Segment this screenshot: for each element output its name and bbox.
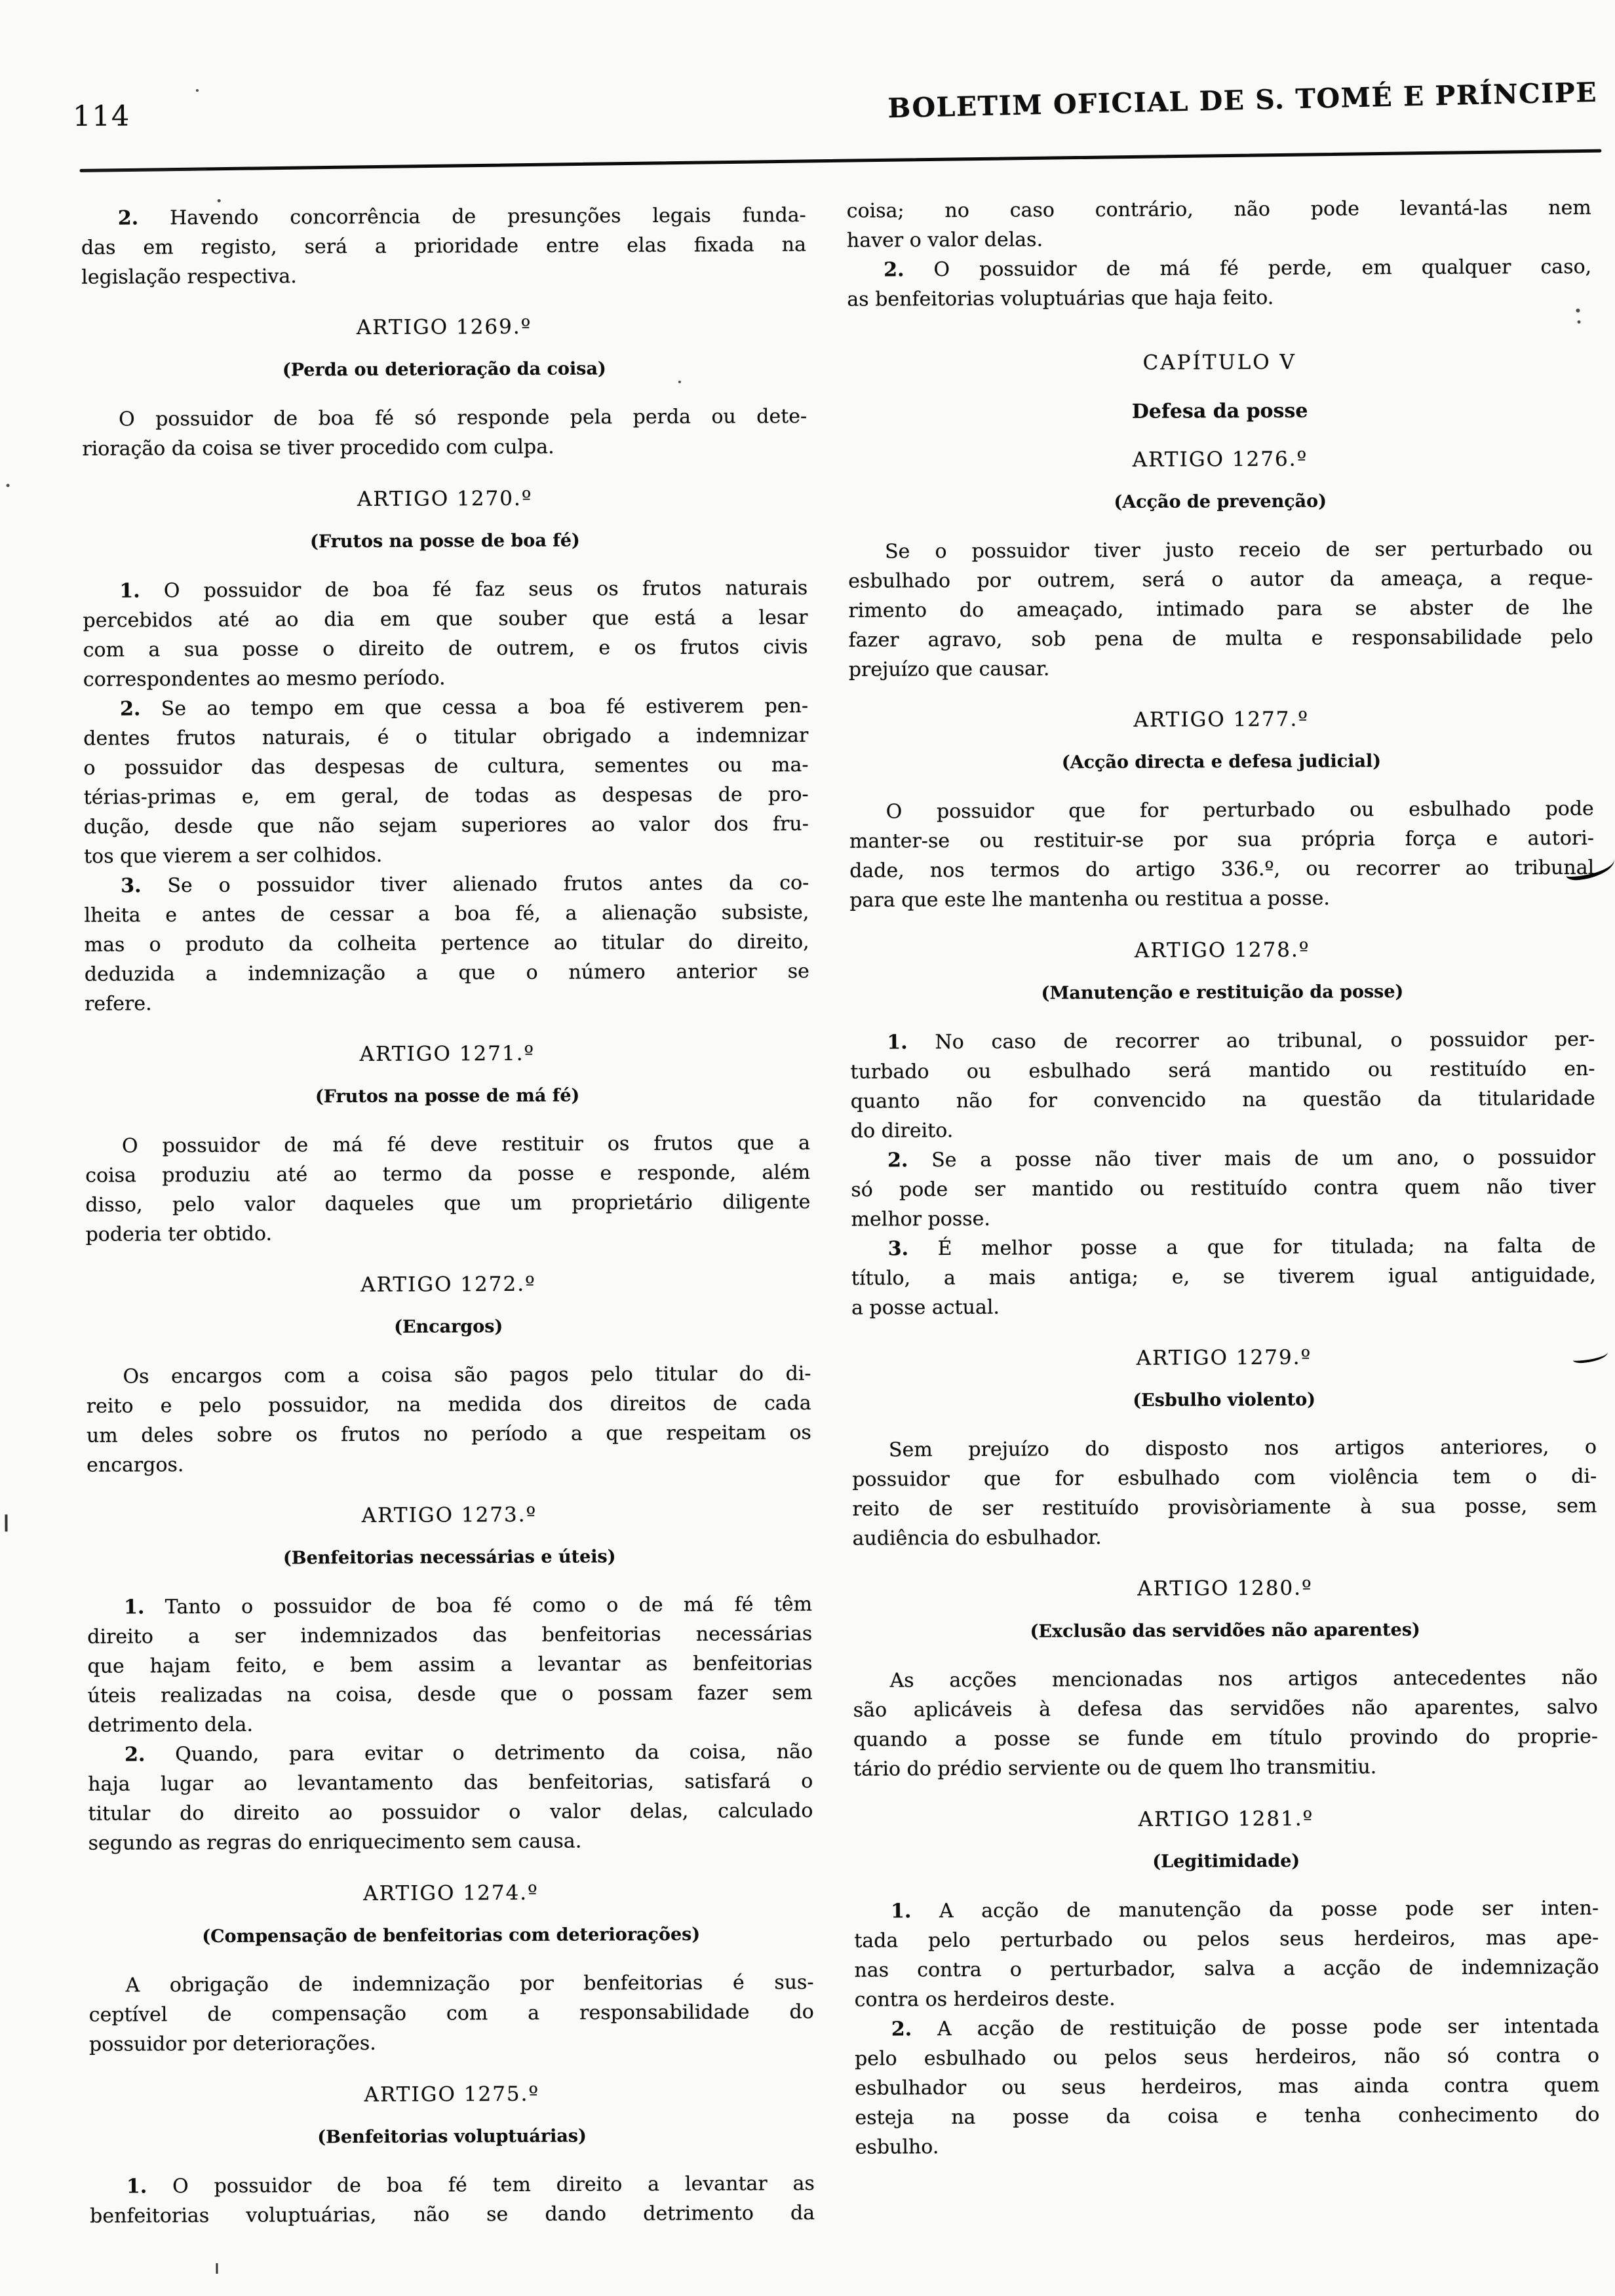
paragraph: Os encargos com a coisa são pagos pelo t… [86,1359,811,1480]
text-line: para que este lhe mantenha ou restitua a… [849,883,1594,915]
paragraph: Se o possuidor tiver justo receio de ser… [848,534,1593,685]
text-line: detrimento dela. [88,1708,813,1740]
artigo-heading: ARTIGO 1279.º [851,1345,1596,1371]
artigo-heading: ARTIGO 1270.º [83,486,807,512]
text-line: possuidor que for esbulhado com violênci… [852,1462,1597,1495]
text-line: A obrigação de indemnização por benfeito… [88,1968,813,2000]
rubric-heading: (Frutos na posse de má fé) [85,1084,810,1109]
paragraph: 1. A acção de manutenção da posse pode s… [854,1894,1599,2015]
artigo-heading: ARTIGO 1277.º [849,706,1593,733]
page-number: 114 [73,100,130,132]
column-left: 2. Havendo concorrência de presunções le… [81,201,815,2231]
text-line: úteis realizadas na coisa, desde que o p… [88,1678,813,1711]
text-line: correspondentes ao mesmo período. [83,662,808,695]
artigo-heading: ARTIGO 1281.º [853,1806,1598,1833]
text-line: 2. O possuidor de má fé perde, em qualqu… [847,252,1591,285]
text-line: 2. Quando, para evitar o detrimento da c… [88,1737,813,1770]
text-line: O possuidor que for perturbado ou esbulh… [849,794,1594,827]
artigo-heading: ARTIGO 1272.º [86,1271,811,1298]
text-line: audiência do esbulhador. [853,1521,1597,1554]
text-line: térias-primas e, em geral, de todas as d… [84,780,809,813]
text-line: refere. [85,986,809,1019]
text-line: titular do direito ao possuidor o valor … [88,1796,813,1829]
text-line: só pode ser mantido ou restituído contra… [851,1172,1595,1205]
ink-speck [7,484,10,487]
paragraph: 2. Se ao tempo em que cessa a boa fé est… [83,691,809,871]
text-line: o possuidor das despesas de cultura, sem… [83,750,808,783]
text-line: disso, pelo valor daqueles que um propri… [85,1187,810,1220]
text-line: rimento do ameaçado, intimado para se ab… [848,593,1593,626]
text-line: 1. Tanto o possuidor de boa fé como o de… [87,1590,812,1622]
text-line: a posse actual. [851,1290,1596,1323]
artigo-heading: ARTIGO 1280.º [853,1575,1597,1602]
text-line: coisa produziu até ao termo da posse e r… [85,1158,810,1191]
text-line: O possuidor de má fé deve restituir os f… [85,1128,810,1161]
artigo-heading: ARTIGO 1274.º [88,1880,813,1907]
rubric-heading: (Manutenção e restituição da posse) [850,980,1595,1006]
text-line: haja lugar ao levantamento das benfeitor… [88,1767,813,1799]
text-line: deduzida a indemnização a que o número a… [85,957,809,989]
text-line: 2. A acção de restituição de posse pode … [855,2012,1599,2044]
rubric-heading: (Acção de prevenção) [848,489,1593,515]
text-line: contra os herdeiros deste. [855,1982,1599,2015]
paragraph: 1. No caso de recorrer ao tribunal, o po… [850,1025,1595,1146]
text-line: 1. A acção de manutenção da posse pode s… [854,1894,1599,1926]
text-line: rioração da coisa se tiver procedido com… [82,431,807,464]
paragraph: coisa; no caso contrário, não pode levan… [847,193,1591,256]
text-line: Os encargos com a coisa são pagos pelo t… [86,1359,811,1392]
artigo-heading: ARTIGO 1269.º [81,314,806,341]
rubric-heading: (Encargos) [86,1314,811,1340]
text-line: fazer agravo, sob pena de multa e respon… [849,622,1593,655]
paragraph: 1. O possuidor de boa fé faz seus os fru… [83,573,808,695]
paragraph: O possuidor de má fé deve restituir os f… [85,1128,811,1250]
text-line: um deles sobre os frutos no período a qu… [87,1418,811,1451]
text-line: 3. Se o possuidor tiver alienado frutos … [84,868,809,901]
text-line: haver o valor delas. [847,223,1591,256]
text-line: tos que vierem a ser colhidos. [84,839,809,871]
paragraph: 3. Se o possuidor tiver alienado frutos … [84,868,809,1019]
text-line: 1. O possuidor de boa fé tem direito a l… [90,2169,815,2202]
artigo-heading: ARTIGO 1271.º [85,1041,809,1067]
text-line: 2. Havendo concorrência de presunções le… [81,201,806,233]
text-line: legislação respectiva. [81,259,806,292]
ink-speck [1577,320,1580,324]
scanned-gazette-page: 114 BOLETIM OFICIAL DE S. TOMÉ E PRÍNCIP… [0,0,1615,2296]
paragraph: 2. Se a posse não tiver mais de um ano, … [851,1143,1596,1234]
text-line: das em registo, será a prioridade entre … [81,230,806,263]
ink-speck [1576,309,1580,313]
paragraph: 2. O possuidor de má fé perde, em qualqu… [847,252,1591,315]
chapter-title-heading: Defesa da posse [847,399,1592,425]
text-line: reito de ser restituído provisòriamente … [852,1491,1597,1524]
paragraph: O possuidor de boa fé só responde pela p… [82,402,807,464]
paragraph: 1. Tanto o possuidor de boa fé como o de… [87,1590,813,1740]
paragraph: Sem prejuízo do disposto nos artigos ant… [852,1432,1597,1554]
paragraph: O possuidor que for perturbado ou esbulh… [849,794,1595,915]
paragraph: 2. A acção de restituição de posse pode … [855,2012,1600,2162]
text-line: tada pelo perturbado ou pelos seus herde… [854,1923,1599,1956]
text-line: do direito. [851,1113,1595,1146]
rubric-heading: (Compensação de benfeitorias com deterio… [88,1923,813,1949]
text-line: esbulhador ou seus herdeiros, mas ainda … [855,2071,1599,2103]
ink-speck [5,1514,7,1531]
paragraph: 1. O possuidor de boa fé tem direito a l… [90,2169,815,2231]
text-line: dentes frutos naturais, é o titular obri… [83,721,808,754]
text-line: 2. Se ao tempo em que cessa a boa fé est… [83,691,808,724]
paragraph: 3. É melhor posse a que for titulada; na… [851,1231,1597,1323]
text-line: manter-se ou restituir-se por sua própri… [849,824,1594,856]
page-title: BOLETIM OFICIAL DE S. TOMÉ E PRÍNCIPE [882,77,1598,124]
text-line: Se o possuidor tiver justo receio de ser… [848,534,1593,567]
paragraph: 2. Havendo concorrência de presunções le… [81,201,807,292]
paragraph: As acções mencionadas nos artigos antece… [853,1663,1598,1784]
artigo-heading: ARTIGO 1273.º [87,1502,811,1529]
text-line: título, a mais antiga; e, se tiverem igu… [851,1261,1596,1293]
text-line: turbado ou esbulhado será mantido ou res… [850,1054,1595,1087]
text-line: 1. No caso de recorrer ao tribunal, o po… [850,1025,1595,1058]
text-line: esbulhado por outrem, será o autor da am… [848,564,1593,596]
text-line: quanto não for convencido na questão da … [851,1084,1595,1117]
text-line: possuidor por deteriorações. [89,2027,814,2059]
text-line: prejuízo que causar. [849,652,1593,685]
text-line: 2. Se a posse não tiver mais de um ano, … [851,1143,1595,1176]
rubric-heading: (Exclusão das servidões não aparentes) [853,1618,1597,1644]
text-line: dade, nos termos do artigo 336.º, ou rec… [849,853,1594,886]
text-line: que hajam feito, e bem assim a levantar … [87,1649,812,1681]
text-line: coisa; no caso contrário, não pode levan… [847,193,1591,226]
ink-speck [218,199,221,202]
text-line: esbulho. [855,2130,1600,2162]
rubric-heading: (Perda ou deterioração da coisa) [82,357,807,383]
text-line: percebidos até ao dia em que souber que … [83,603,807,636]
text-line: tário do prédio serviente ou de quem lho… [853,1751,1598,1784]
text-line: pelo esbulhado ou pelos seus herdeiros, … [855,2041,1599,2074]
rubric-heading: (Benfeitorias voluptuárias) [90,2124,815,2150]
text-line: direito a ser indemnizados das benfeitor… [87,1619,812,1652]
text-line: mas o produto da colheita pertence ao ti… [85,927,809,960]
text-line: poderia ter obtido. [85,1217,810,1250]
text-line: nas contra o perturbador, salva a acção … [854,1953,1599,1985]
rubric-heading: (Legitimidade) [854,1849,1599,1875]
paragraph: 2. Quando, para evitar o detrimento da c… [88,1737,813,1858]
text-line: quando a posse se funde em título provin… [853,1722,1598,1755]
text-line: as benfeitorias voluptuárias que haja fe… [847,282,1591,315]
text-line: segundo as regras do enriquecimento sem … [88,1826,813,1858]
header-rule [79,149,1601,172]
rubric-heading: (Acção directa e defesa judicial) [849,750,1593,775]
text-line: com a sua posse o direito de outrem, e o… [83,632,808,665]
text-line: esteja na posse da coisa e tenha conheci… [855,2100,1599,2133]
text-line: encargos. [87,1447,811,1480]
ink-speck [678,381,681,383]
text-line: 3. É melhor posse a que for titulada; na… [851,1231,1596,1264]
column-right: coisa; no caso contrário, não pode levan… [847,193,1600,2162]
text-line: reito e pelo possuidor, na medida dos di… [87,1388,811,1421]
rubric-heading: (Benfeitorias necessárias e úteis) [87,1545,812,1571]
artigo-heading: ARTIGO 1276.º [847,446,1592,473]
ink-speck [196,89,199,92]
text-line: lheita e antes de cessar a boa fé, a ali… [84,898,809,930]
text-line: benfeitorias voluptuárias, não se dando … [90,2198,815,2231]
artigo-heading: ARTIGO 1275.º [89,2081,814,2108]
text-line: dução, desde que não sejam superiores ao… [84,809,809,842]
paragraph: A obrigação de indemnização por benfeito… [88,1968,814,2059]
text-line: melhor posse. [851,1202,1595,1234]
text-line: ceptível de compensação com a responsabi… [89,1997,814,2030]
text-line: As acções mencionadas nos artigos antece… [853,1663,1597,1696]
ink-speck [216,2263,218,2274]
rubric-heading: (Esbulho violento) [852,1388,1597,1413]
artigo-heading: ARTIGO 1278.º [850,937,1595,964]
rubric-heading: (Frutos na posse de boa fé) [83,529,807,554]
text-line: 1. O possuidor de boa fé faz seus os fru… [83,573,807,606]
text-line: Sem prejuízo do disposto nos artigos ant… [852,1432,1597,1465]
chapter-heading: CAPÍTULO V [847,349,1592,376]
text-line: são aplicáveis à defesa das servidões nã… [853,1693,1598,1725]
text-line: O possuidor de boa fé só responde pela p… [82,402,807,434]
